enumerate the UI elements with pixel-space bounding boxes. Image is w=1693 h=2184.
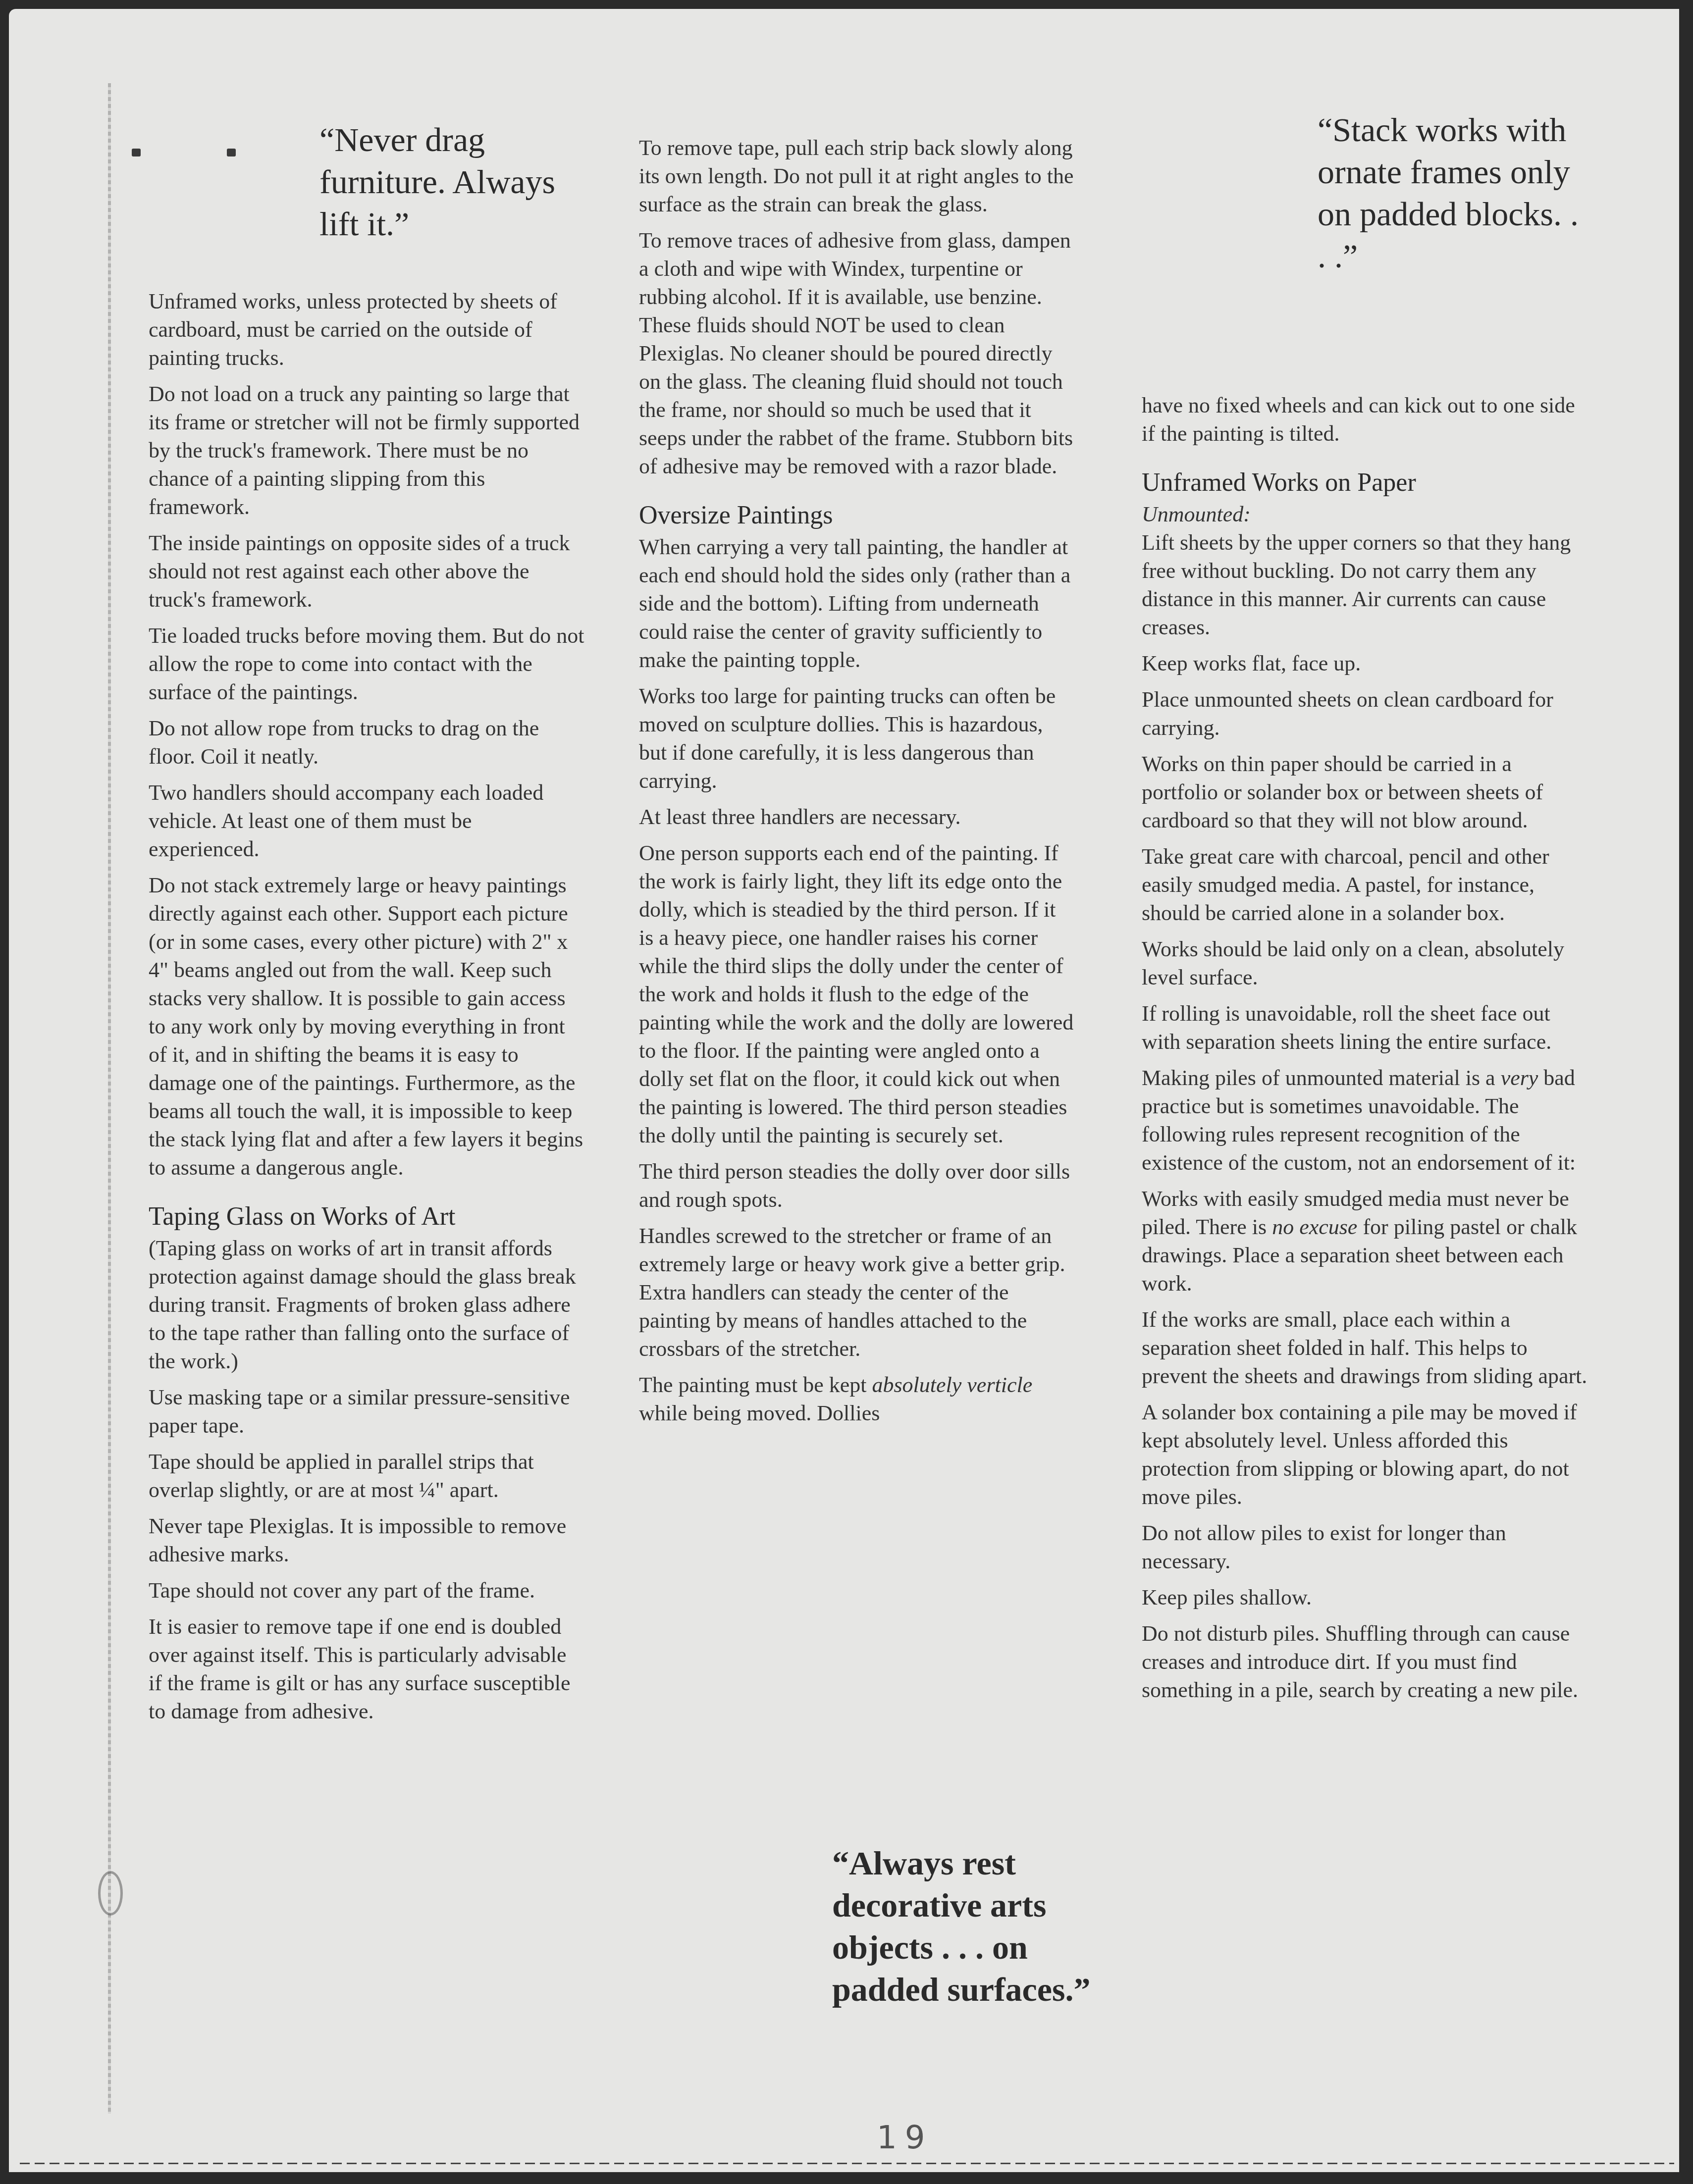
paragraph: At least three handlers are necessary.: [639, 803, 1075, 831]
paragraph: It is easier to remove tape if one end i…: [149, 1612, 584, 1725]
ring-stain-mark: [98, 1871, 123, 1916]
paragraph: If the works are small, place each withi…: [1142, 1305, 1587, 1390]
paragraph: Making piles of unmounted material is a …: [1142, 1064, 1587, 1177]
section-heading-oversize-paintings: Oversize Paintings: [639, 500, 1075, 531]
punch-hole-mark: [132, 149, 141, 156]
paragraph: If rolling is unavoidable, roll the shee…: [1142, 999, 1587, 1056]
paragraph: When carrying a very tall painting, the …: [639, 533, 1075, 674]
paragraph: Keep piles shallow.: [1142, 1583, 1587, 1612]
paragraph: Tie loaded trucks before moving them. Bu…: [149, 622, 584, 706]
paragraph: Place unmounted sheets on clean cardboar…: [1142, 685, 1587, 742]
paragraph: Do not disturb piles. Shuffling through …: [1142, 1619, 1587, 1704]
middle-column: To remove tape, pull each strip back slo…: [639, 134, 1075, 1435]
paragraph: Works on thin paper should be carried in…: [1142, 750, 1587, 834]
paragraph: Use masking tape or a similar pressure-s…: [149, 1383, 584, 1440]
emphasis: absolutely verticle: [872, 1373, 1032, 1397]
emphasis: no excuse: [1272, 1215, 1357, 1239]
paragraph: Never tape Plexiglas. It is impossible t…: [149, 1512, 584, 1568]
paragraph: Do not stack extremely large or heavy pa…: [149, 871, 584, 1182]
pull-quote-never-drag: “Never drag furniture. Always lift it.”: [319, 119, 597, 245]
pull-quote-stack-works: “Stack works with ornate frames only on …: [1318, 109, 1595, 277]
section-heading-taping-glass: Taping Glass on Works of Art: [149, 1201, 584, 1232]
paragraph: Handles screwed to the stretcher or fram…: [639, 1222, 1075, 1363]
pull-quote-always-rest: “Always rest decorative arts objects . .…: [832, 1842, 1110, 2011]
paragraph: Take great care with charcoal, pencil an…: [1142, 842, 1587, 927]
paragraph: Tape should not cover any part of the fr…: [149, 1576, 584, 1605]
paragraph: Tape should be applied in parallel strip…: [149, 1448, 584, 1504]
text-run: Making piles of unmounted material is a: [1142, 1066, 1501, 1090]
right-column: have no fixed wheels and can kick out to…: [1142, 391, 1587, 1712]
subheading-unmounted: Unmounted:: [1142, 500, 1587, 528]
section-heading-unframed-works: Unframed Works on Paper: [1142, 468, 1587, 498]
paragraph: Lift sheets by the upper corners so that…: [1142, 528, 1587, 641]
binding-edge-mark: [108, 83, 111, 2114]
text-run: The painting must be kept: [639, 1373, 872, 1397]
paragraph: Do not allow rope from trucks to drag on…: [149, 714, 584, 771]
text-run: while being moved. Dollies: [639, 1401, 880, 1425]
left-column: Unframed works, unless protected by shee…: [149, 287, 584, 1733]
paragraph: The inside paintings on opposite sides o…: [149, 529, 584, 614]
paragraph: Works should be laid only on a clean, ab…: [1142, 935, 1587, 991]
page-number: 19: [877, 2120, 933, 2156]
paragraph: To remove traces of adhesive from glass,…: [639, 226, 1075, 480]
paragraph: One person supports each end of the pain…: [639, 839, 1075, 1149]
paragraph-continuation: have no fixed wheels and can kick out to…: [1142, 391, 1587, 448]
punch-hole-mark: [227, 149, 236, 156]
paragraph: Keep works flat, face up.: [1142, 649, 1587, 677]
paragraph: A solander box containing a pile may be …: [1142, 1398, 1587, 1511]
paragraph: The third person steadies the dolly over…: [639, 1157, 1075, 1214]
paragraph: (Taping glass on works of art in transit…: [149, 1234, 584, 1375]
paragraph: Unframed works, unless protected by shee…: [149, 287, 584, 372]
paragraph: Do not allow piles to exist for longer t…: [1142, 1519, 1587, 1575]
paragraph: To remove tape, pull each strip back slo…: [639, 134, 1075, 218]
paragraph: Two handlers should accompany each loade…: [149, 779, 584, 863]
emphasis: very: [1501, 1066, 1538, 1090]
paragraph: The painting must be kept absolutely ver…: [639, 1371, 1075, 1427]
paragraph: Works with easily smudged media must nev…: [1142, 1185, 1587, 1298]
paragraph: Works too large for painting trucks can …: [639, 682, 1075, 795]
bottom-edge-rule: [20, 2163, 1674, 2164]
paragraph: Do not load on a truck any painting so l…: [149, 380, 584, 521]
